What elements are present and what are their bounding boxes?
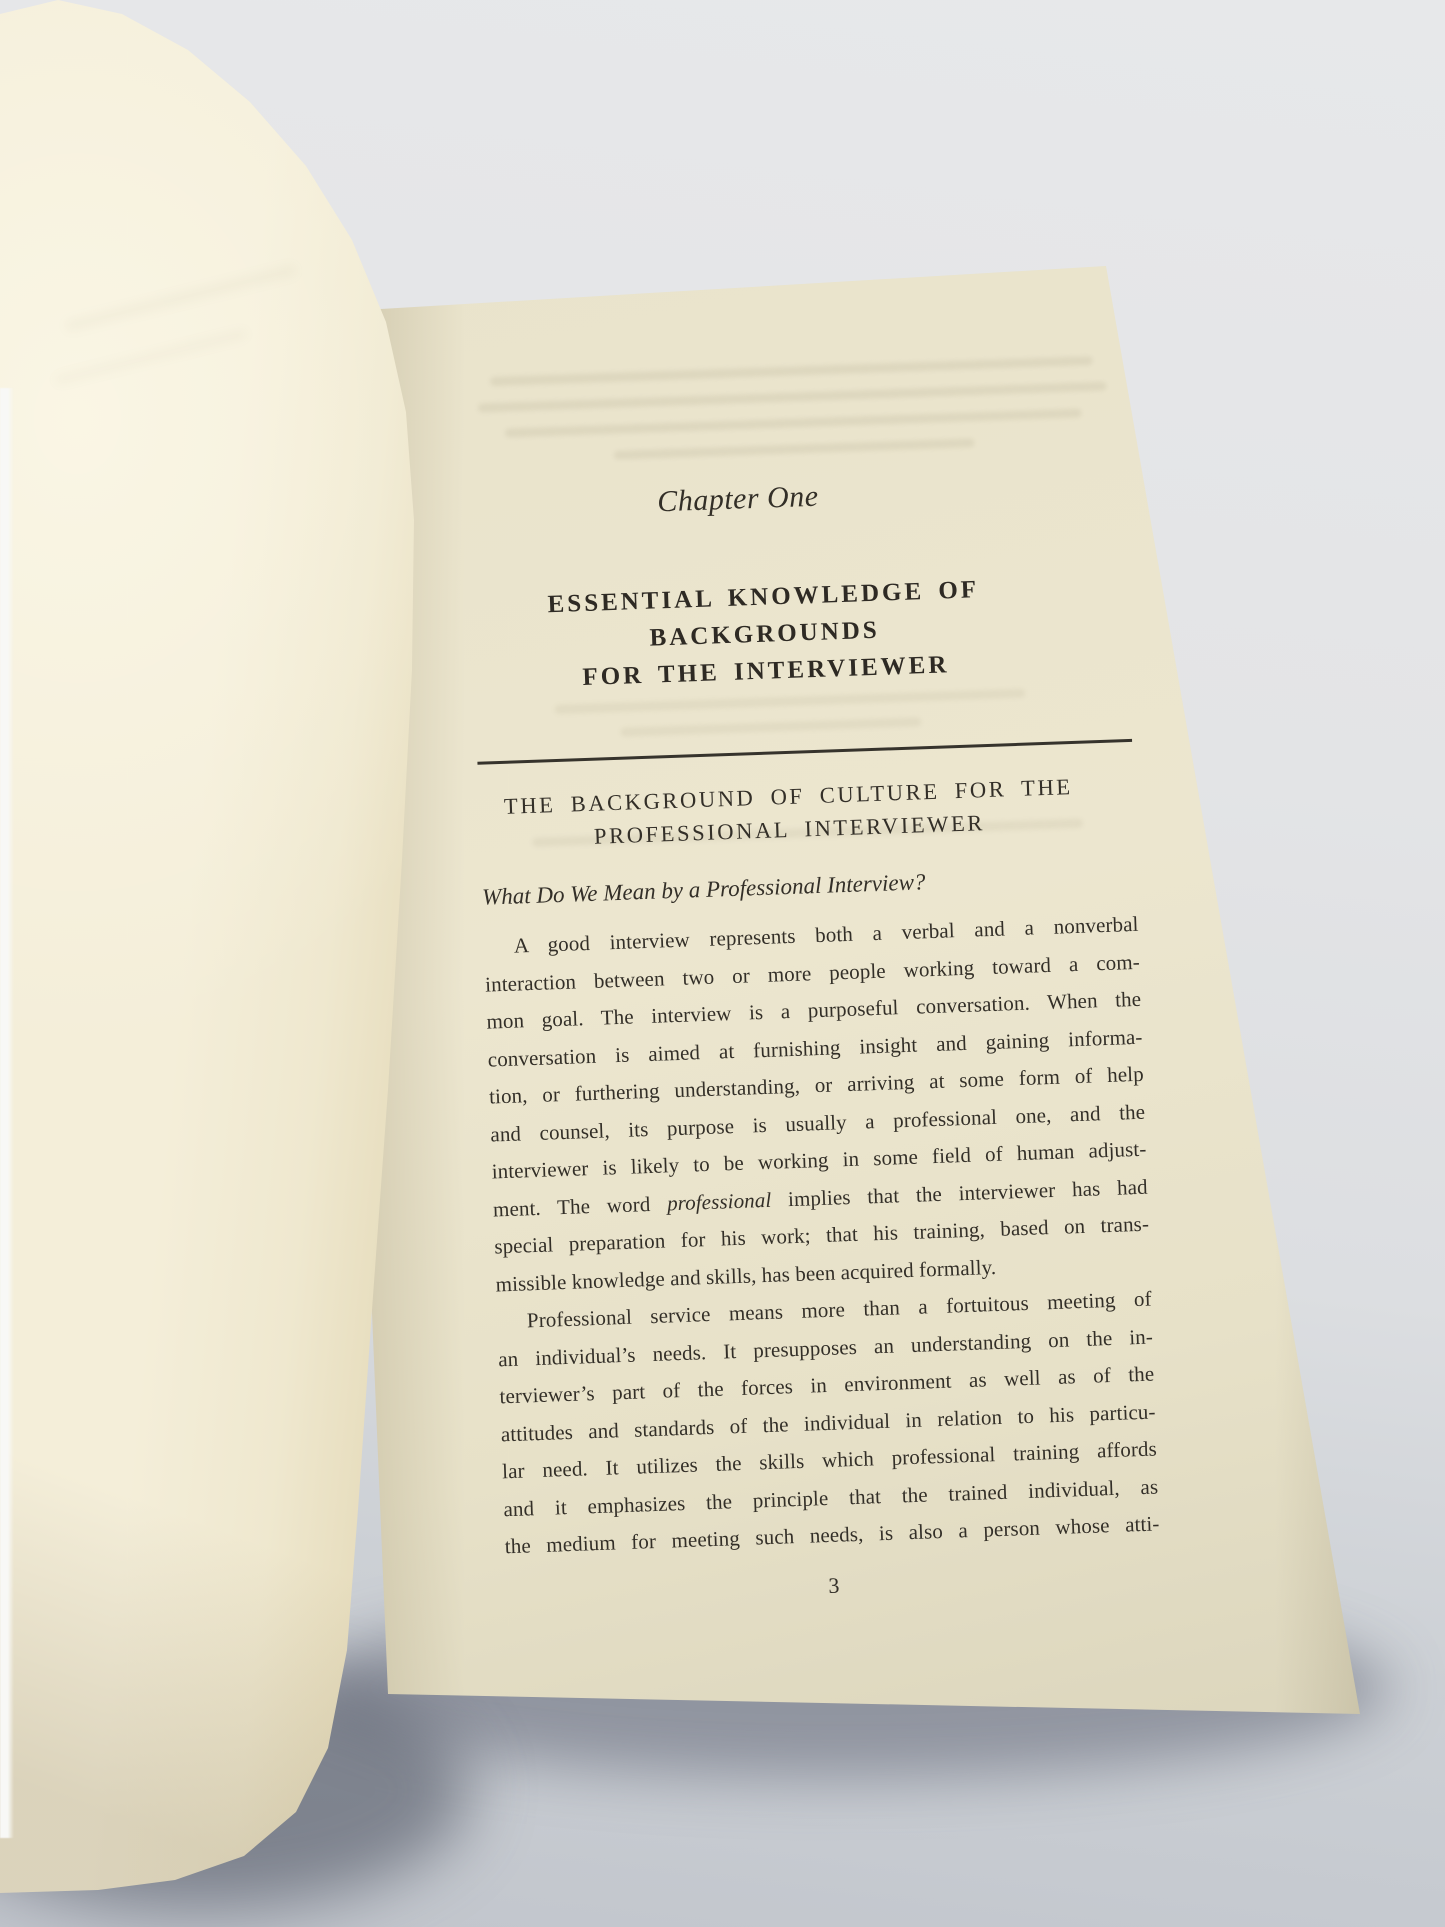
ghost-line	[64, 263, 298, 332]
ghost-line	[478, 382, 1107, 413]
body-line-segment: implies that the interviewer has had	[771, 1174, 1148, 1211]
section-heading: THE BACKGROUND OF CULTURE FOR THE PROFES…	[460, 769, 1117, 858]
underpage-edge	[0, 388, 14, 1838]
ghost-line	[614, 438, 974, 460]
ghost-line	[54, 328, 249, 386]
left-page	[0, 0, 430, 1900]
paragraph-1: A good interview represents both a verba…	[483, 906, 1151, 1304]
chapter-label: Chapter One	[410, 468, 1066, 531]
ghost-line	[620, 717, 921, 737]
page-content: Chapter One ESSENTIAL KNOWLEDGE OF BACKG…	[464, 355, 1162, 1610]
section-divider-rule	[477, 739, 1132, 765]
subheading-question: What Do We Mean by a Professional Interv…	[482, 860, 1138, 913]
ghost-line	[490, 356, 1093, 386]
show-through-lines	[464, 355, 1122, 465]
italic-word: professional	[667, 1187, 772, 1215]
paragraph-2: Professional service means more than a f…	[496, 1281, 1160, 1566]
page-number: 3	[506, 1561, 1162, 1610]
photo-scene: Chapter One ESSENTIAL KNOWLEDGE OF BACKG…	[0, 0, 1445, 1927]
chapter-title: ESSENTIAL KNOWLEDGE OF BACKGROUNDS FOR T…	[435, 567, 1093, 701]
body-line-segment: ment. The word	[493, 1191, 668, 1221]
right-page: Chapter One ESSENTIAL KNOWLEDGE OF BACKG…	[330, 258, 1365, 1718]
ghost-line	[505, 408, 1081, 437]
